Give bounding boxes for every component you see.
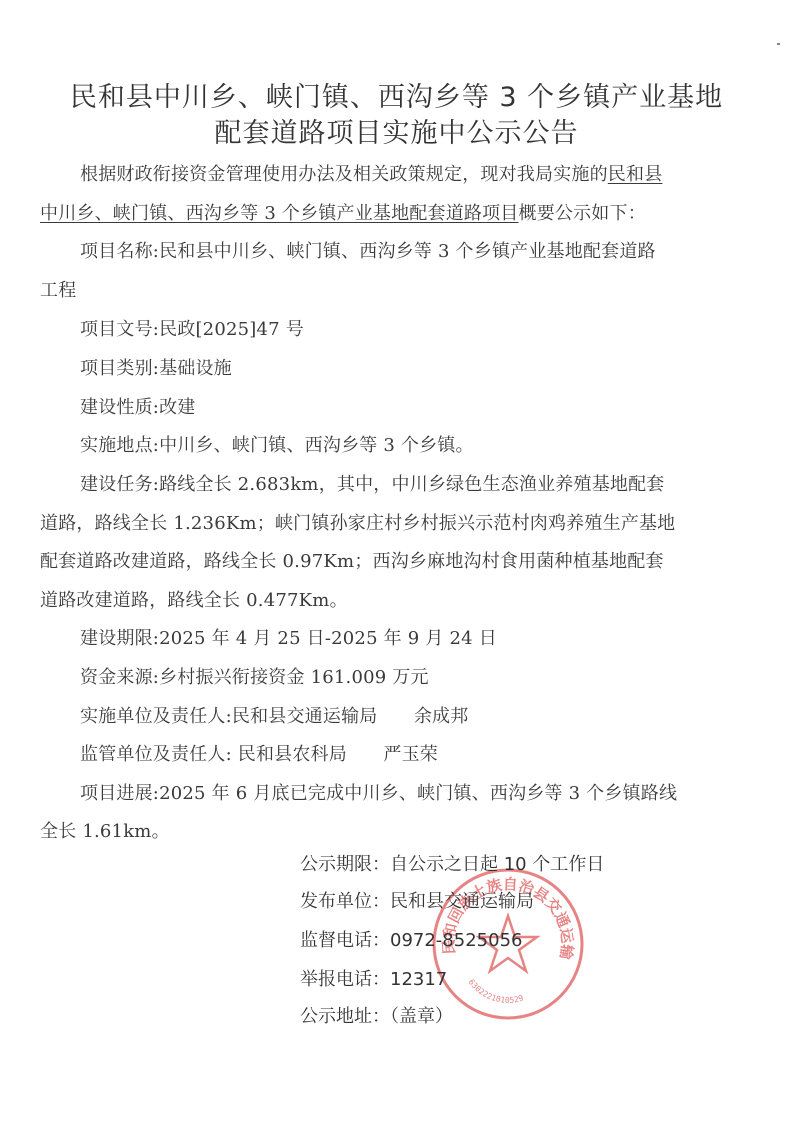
field-implementer: 实施单位及责任人:民和县交通运输局 余成邦 [80, 705, 712, 729]
sig-publisher: 发布单位：民和县交通运输局 [300, 890, 534, 914]
intro-line1: 根据财政衔接资金管理使用办法及相关政策规定，现对我局实施的民和县 [80, 163, 712, 187]
field-progress-line2: 全长 1.61km。 [40, 820, 712, 844]
intro-suffix: 概要公示如下： [519, 203, 646, 224]
field-task-line1: 建设任务:路线全长 2.683km，其中，中川乡绿色生态渔业养殖基地配套 [80, 473, 712, 497]
document-title-line1: 民和县中川乡、峡门镇、西沟乡等 3 个乡镇产业基地 [0, 80, 793, 116]
field-location: 实施地点:中川乡、峡门镇、西沟乡等 3 个乡镇。 [80, 434, 712, 458]
intro-line2: 中川乡、峡门镇、西沟乡等 3 个乡镇产业基地配套道路项目概要公示如下： [40, 202, 712, 226]
field-supervisor: 监管单位及责任人: 民和县农科局 严玉荣 [80, 743, 712, 767]
field-task-line3: 配套道路改建道路，路线全长 0.97Km；西沟乡麻地沟村食用菌种植基地配套 [40, 550, 712, 574]
document-page: 民和县中川乡、峡门镇、西沟乡等 3 个乡镇产业基地 配套道路项目实施中公示公告 … [0, 0, 793, 1122]
field-funding: 资金来源:乡村振兴衔接资金 161.009 万元 [80, 666, 712, 690]
document-title-line2: 配套道路项目实施中公示公告 [0, 116, 793, 152]
field-doc-number: 项目文号:民政[2025]47 号 [80, 318, 712, 342]
field-category: 项目类别:基础设施 [80, 357, 712, 381]
field-nature: 建设性质:改建 [80, 396, 712, 420]
field-period: 建设期限:2025 年 4 月 25 日-2025 年 9 月 24 日 [80, 627, 712, 651]
field-task-line4: 道路改建道路，路线全长 0.477Km。 [40, 589, 712, 613]
seal-number: 6302221010529 [467, 978, 525, 1005]
field-progress-line1: 项目进展:2025 年 6 月底已完成中川乡、峡门镇、西沟乡等 3 个乡镇路线 [80, 782, 712, 806]
field-project-name: 项目名称:民和县中川乡、峡门镇、西沟乡等 3 个乡镇产业基地配套道路 [80, 240, 712, 264]
field-task-line2: 道路，路线全长 1.236Km；峡门镇孙家庄村乡村振兴示范村肉鸡养殖生产基地 [40, 512, 712, 536]
sig-report-phone: 举报电话：12317 [300, 968, 447, 992]
field-project-name-cont: 工程 [40, 279, 712, 303]
sig-publicity-period: 公示期限：自公示之日起 10 个工作日 [300, 853, 604, 877]
sig-supervision-phone: 监督电话：0972-8525056 [300, 929, 522, 953]
intro-prefix: 根据财政衔接资金管理使用办法及相关政策规定，现对我局实施的 [80, 164, 608, 185]
intro-project-name-part1: 民和县 [608, 164, 663, 185]
scan-speck [777, 43, 780, 45]
intro-project-name-part2: 中川乡、峡门镇、西沟乡等 3 个乡镇产业基地配套道路项目 [40, 203, 519, 224]
sig-address: 公示地址：（盖章） [300, 1005, 453, 1029]
